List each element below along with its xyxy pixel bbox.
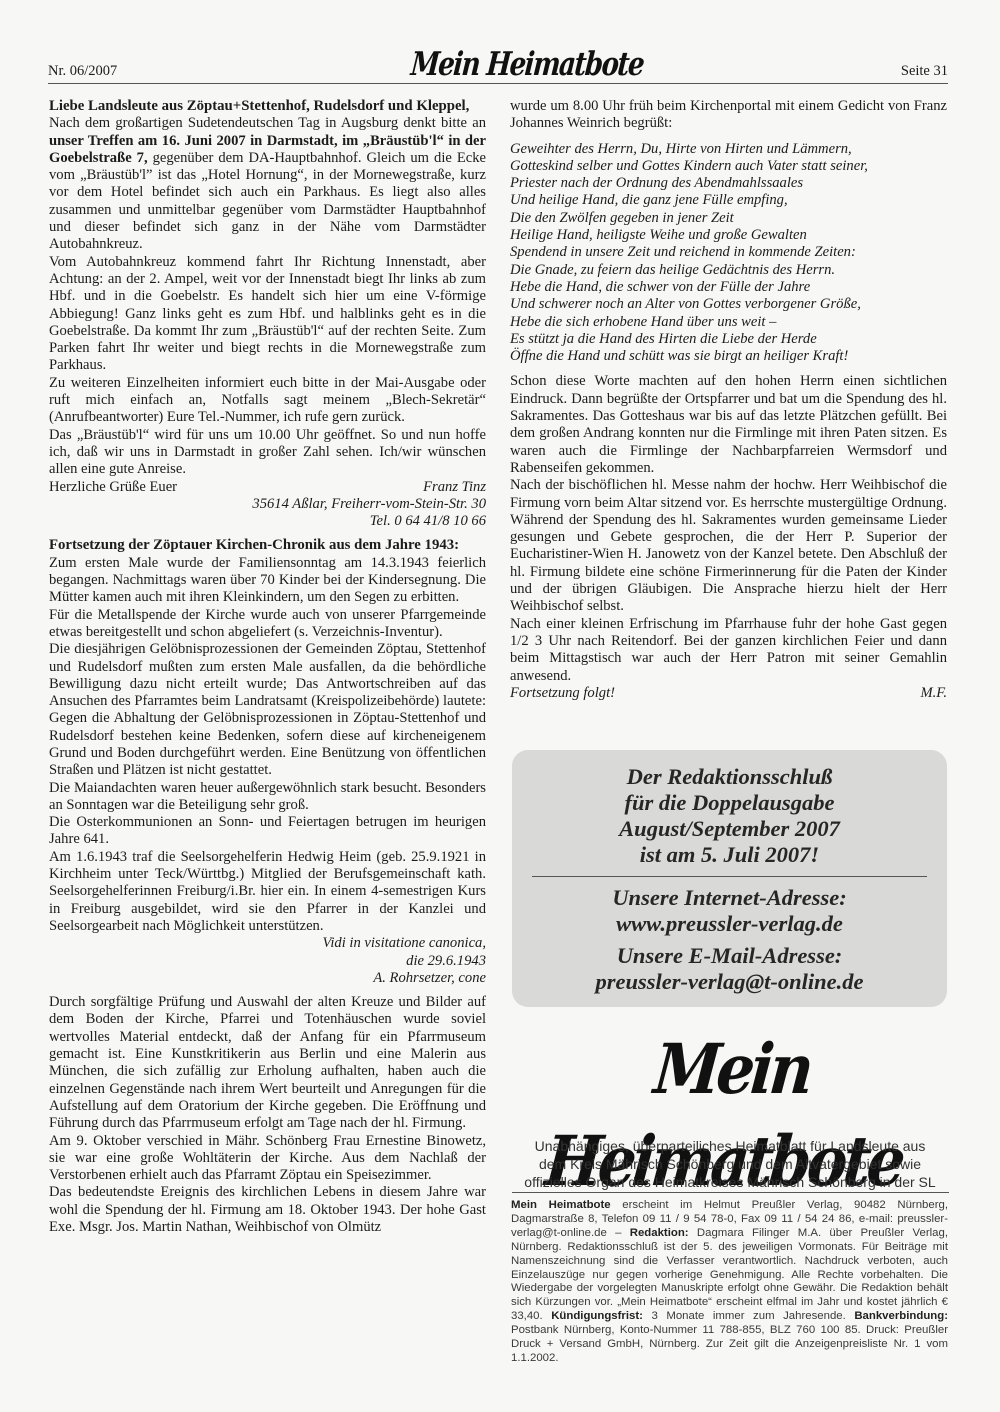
chronicle-paragraph: Für die Metallspende der Kirche wurde au… <box>49 607 486 642</box>
greeting-heading: Liebe Landsleute aus Zöptau+Stettenhof, … <box>49 98 486 115</box>
signature-row: Herzliche Grüße Euer Franz Tinz <box>49 479 486 496</box>
closing: Herzliche Grüße Euer <box>49 479 177 496</box>
page-header: Nr. 06/2007 Mein Heimatbote Seite 31 <box>48 56 948 84</box>
tagline-line: offizielles Organ des Heimatkreises Mähr… <box>510 1173 950 1191</box>
text: Nach dem großartigen Sudetendeutschen Ta… <box>49 115 486 131</box>
signature-address: 35614 Aßlar, Freiherr-vom-Stein-Str. 30 <box>49 496 486 513</box>
chronicle-paragraph: Nach der bischöflichen hl. Messe nahm de… <box>510 477 947 615</box>
internet-label: Unsere Internet-Adresse: <box>512 885 947 911</box>
author-initials: M.F. <box>921 685 948 702</box>
email-label: Unsere E-Mail-Adresse: <box>512 943 947 969</box>
poem-line: Priester nach der Ordnung des Abendmahls… <box>510 175 947 192</box>
poem-line: Hebe die sich erhobene Hand über uns wei… <box>510 314 947 331</box>
visitation-note: Vidi in visitatione canonica, <box>49 935 486 952</box>
paragraph-opening: Das „Bräustüb'l“ wird für uns um 10.00 U… <box>49 427 486 479</box>
chronicle-paragraph: Am 9. Oktober verschied in Mähr. Schönbe… <box>49 1133 486 1185</box>
chronicle-paragraph: Nach einer kleinen Erfrischung im Pfarrh… <box>510 616 947 685</box>
visitation-signature: A. Rohrsetzer, cone <box>49 970 486 987</box>
kuendigung-label: Kündigungsfrist: <box>551 1310 643 1322</box>
tagline-line: Unabhängiges, überparteiliches Heimatbla… <box>510 1137 950 1155</box>
continuation-row: Fortsetzung folgt! M.F. <box>510 685 947 702</box>
poem-line: Hebe die Hand, die schwer von der Fülle … <box>510 279 947 296</box>
notice-line: für die Doppelausgabe <box>512 790 947 816</box>
header-logo: Mein Heimatbote <box>409 46 644 84</box>
right-column: wurde um 8.00 Uhr früh beim Kirchenporta… <box>510 98 947 702</box>
deadline-notice-box: Der Redaktionsschluß für die Doppelausga… <box>512 750 947 1007</box>
page-number: Seite 31 <box>901 63 948 80</box>
poem-line: Spendend in unsere Zeit und reichend in … <box>510 244 947 261</box>
poem-line: Heilige Hand, heiligste Weihe und große … <box>510 227 947 244</box>
chronicle-paragraph: Am 1.6.1943 traf die Seelsorgehelferin H… <box>49 849 486 935</box>
notice-divider <box>532 876 927 877</box>
website-link[interactable]: www.preussler-verlag.de <box>512 911 947 937</box>
text: Postbank Nürnberg, Konto-Nummer 11 788-8… <box>511 1324 948 1364</box>
masthead-tagline: Unabhängiges, überparteiliches Heimatbla… <box>510 1137 950 1191</box>
masthead-logo: Mein Heimatbote <box>510 1024 954 1116</box>
email-link[interactable]: preussler-verlag@t-online.de <box>512 969 947 995</box>
poem-line: Und heilige Hand, die ganz jene Fülle em… <box>510 192 947 209</box>
poem-line: Die den Zwölfen gegeben in jener Zeit <box>510 210 947 227</box>
chronicle-heading: Fortsetzung der Zöptauer Kirchen-Chronik… <box>49 537 486 554</box>
imprint-title: Mein Heimatbote <box>511 1199 611 1211</box>
issue-number: Nr. 06/2007 <box>48 63 117 80</box>
poem-line: Geweihter des Herrn, Du, Hirte von Hirte… <box>510 141 947 158</box>
left-column: Liebe Landsleute aus Zöptau+Stettenhof, … <box>49 98 486 1236</box>
paragraph-meeting: Nach dem großartigen Sudetendeutschen Ta… <box>49 115 486 253</box>
poem-line: Öffne die Hand und schütt was sie birgt … <box>510 348 947 365</box>
continued-note: Fortsetzung folgt! <box>510 685 615 702</box>
paragraph-greeting-poem-intro: wurde um 8.00 Uhr früh beim Kirchenporta… <box>510 98 947 133</box>
text: 3 Monate immer zum Jahresende. <box>643 1310 854 1322</box>
chronicle-paragraph: Die diesjährigen Gelöbnisprozessionen de… <box>49 641 486 779</box>
redaktion-label: Redaktion: <box>630 1227 689 1239</box>
imprint: Mein Heimatbote erscheint im Helmut Preu… <box>511 1199 948 1366</box>
tagline-line: dem Kreis Mährisch Schönberg und dem Alt… <box>510 1155 950 1173</box>
chronicle-paragraph: Die Osterkommunionen an Sonn- und Feiert… <box>49 814 486 849</box>
masthead-divider <box>512 1192 949 1193</box>
poem: Geweihter des Herrn, Du, Hirte von Hirte… <box>510 141 947 366</box>
poem-line: Gotteskind selber und Gottes Kindern auc… <box>510 158 947 175</box>
visitation-date: die 29.6.1943 <box>49 953 486 970</box>
notice-line: Der Redaktionsschluß <box>512 764 947 790</box>
poem-line: Und schwerer noch an Alter von Gottes ve… <box>510 296 947 313</box>
signature-name: Franz Tinz <box>423 479 486 496</box>
chronicle-paragraph: Das bedeutendste Ereignis des kirchliche… <box>49 1184 486 1236</box>
bank-label: Bankverbindung: <box>854 1310 948 1322</box>
notice-line: ist am 5. Juli 2007! <box>512 842 947 868</box>
poem-line: Die Gnade, zu feiern das heilige Gedächt… <box>510 262 947 279</box>
paragraph-directions: Vom Autobahnkreuz kommend fahrt Ihr Rich… <box>49 254 486 375</box>
signature-phone: Tel. 0 64 41/8 10 66 <box>49 513 486 530</box>
chronicle-paragraph: Zum ersten Male wurde der Familiensonnta… <box>49 555 486 607</box>
text: Dagmara Filinger M.A. über Preußler Verl… <box>511 1227 948 1322</box>
chronicle-paragraph: Durch sorgfältige Prüfung und Auswahl de… <box>49 994 486 1132</box>
paragraph-contact: Zu weiteren Einzelheiten informiert euch… <box>49 375 486 427</box>
chronicle-paragraph: Die Maiandachten waren heuer außergewöhn… <box>49 780 486 815</box>
poem-line: Es stützt ja die Hand des Hirten die Lie… <box>510 331 947 348</box>
chronicle-paragraph: Schon diese Worte machten auf den hohen … <box>510 373 947 477</box>
notice-line: August/September 2007 <box>512 816 947 842</box>
